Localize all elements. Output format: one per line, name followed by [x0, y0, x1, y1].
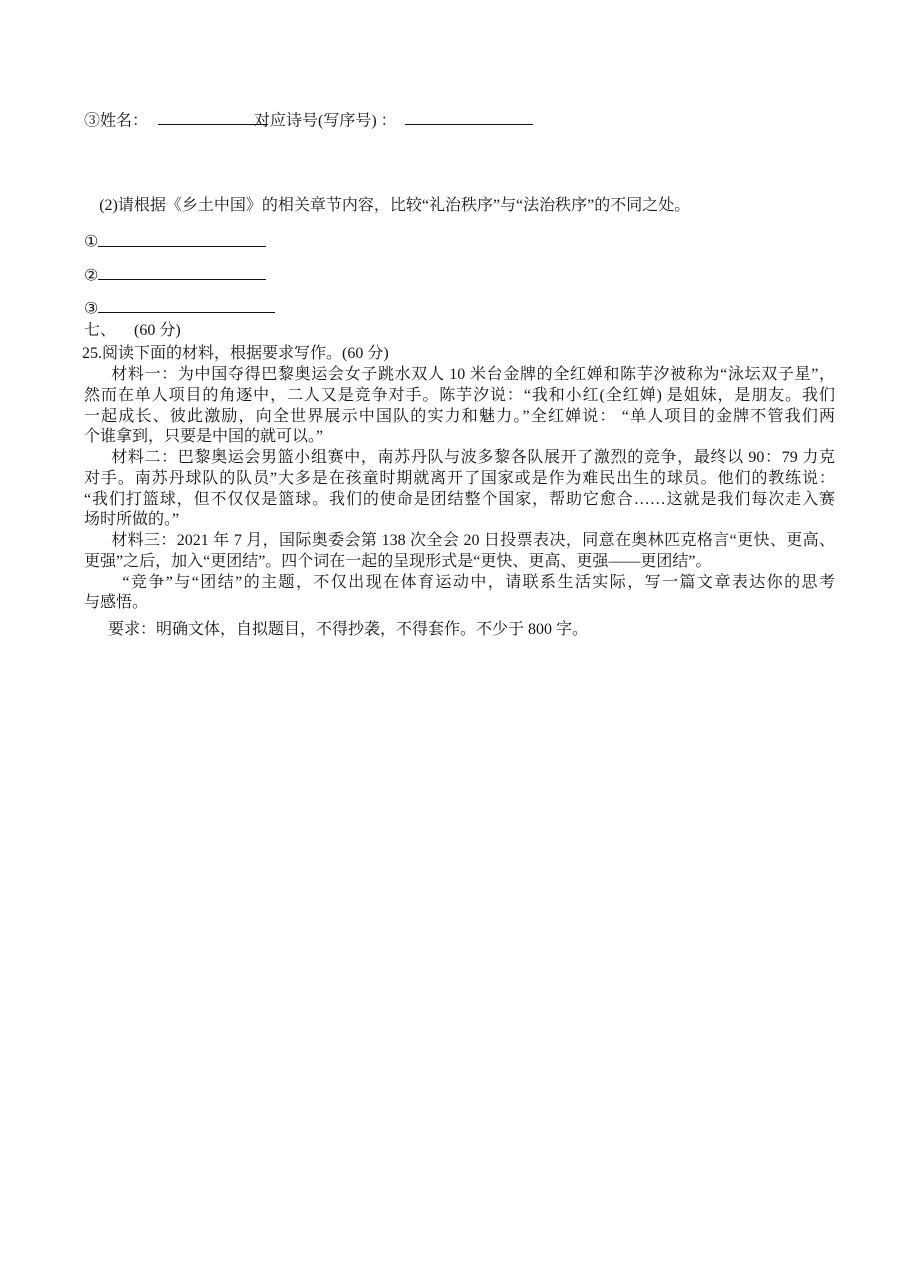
essay-line: 对手。南苏丹球队的队员”大多是在孩童时期就离开了国家或是作为难民出生的球员。他们… — [84, 469, 835, 490]
answer-blank-underline-2 — [98, 263, 266, 280]
blank-number-1: ① — [84, 234, 98, 251]
essay-line: 与感悟。 — [84, 593, 835, 614]
essay-line: “我们打篮球，但不仅仅是篮球。我们的使命是团结整个国家，帮助它愈合……这就是我们… — [84, 490, 835, 511]
section-seven-score: (60 分) — [134, 322, 181, 339]
blank-number-2: ② — [84, 267, 98, 284]
poem-blank-underline — [405, 108, 533, 125]
name-label: ③姓名： — [84, 112, 148, 129]
poem-number-label: 对应诗号(写序号) ： — [254, 112, 397, 129]
essay-line: 一起成长、彼此激励，向全世界展示中国队的实力和魅力。”全红婵说： “单人项目的金… — [84, 407, 835, 428]
essay-line: 然而在单人项目的角逐中，二人又是竞争对手。陈芋汐说：“我和小红(全红婵) 是姐妹… — [84, 386, 835, 407]
answer-blank-row-3: ③ — [84, 296, 835, 319]
answer-blank-underline-3 — [98, 296, 275, 313]
answer-blank-underline-1 — [98, 229, 266, 246]
question-2-prompt: (2)请根据《乡土中国》的相关章节内容，比较“礼治秩序”与“法治秩序”的不同之处… — [84, 195, 835, 216]
essay-line: 个谁拿到，只要是中国的就可以。” — [84, 427, 835, 448]
exam-paper-page: ③姓名：对应诗号(写序号) ： (2)请根据《乡土中国》的相关章节内容，比较“礼… — [0, 0, 900, 1272]
name-blank-underline — [158, 108, 268, 125]
essay-line: 场时所做的。” — [84, 510, 835, 531]
answer-blank-row-1: ① — [84, 229, 835, 252]
section-seven-heading: 七、(60 分) — [84, 320, 835, 341]
page-content: ③姓名：对应诗号(写序号) ： (2)请根据《乡土中国》的相关章节内容，比较“礼… — [84, 0, 835, 641]
essay-line: 更强”之后，加入“更团结”。四个词在一起的呈现形式是“更快、更高、更强——更团结… — [84, 552, 835, 573]
essay-requirements: 要求：明确文体，自拟题目，不得抄袭，不得套作。不少于 800 字。 — [84, 620, 835, 641]
question-25-title: 25.阅读下面的材料，根据要求写作。(60 分) — [82, 344, 835, 365]
essay-line: 材料一：为中国夺得巴黎奥运会女子跳水双人 10 米台金牌的全红婵和陈芋汐被称为“… — [84, 365, 835, 386]
answer-blank-row-2: ② — [84, 263, 835, 286]
blank-number-3: ③ — [84, 300, 98, 317]
essay-line: “竞争”与“团结”的主题，不仅出现在体育运动中，请联系生活实际，写一篇文章表达你… — [84, 573, 835, 594]
name-and-poem-line: ③姓名：对应诗号(写序号) ： — [84, 108, 835, 131]
section-seven-numeral: 七、 — [84, 322, 116, 339]
essay-line: 材料二：巴黎奥运会男篮小组赛中，南苏丹队与波多黎各队展开了激烈的竞争，最终以 9… — [84, 448, 835, 469]
essay-line: 材料三：2021 年 7 月，国际奥委会第 138 次全会 20 日投票表决，同… — [84, 531, 835, 552]
